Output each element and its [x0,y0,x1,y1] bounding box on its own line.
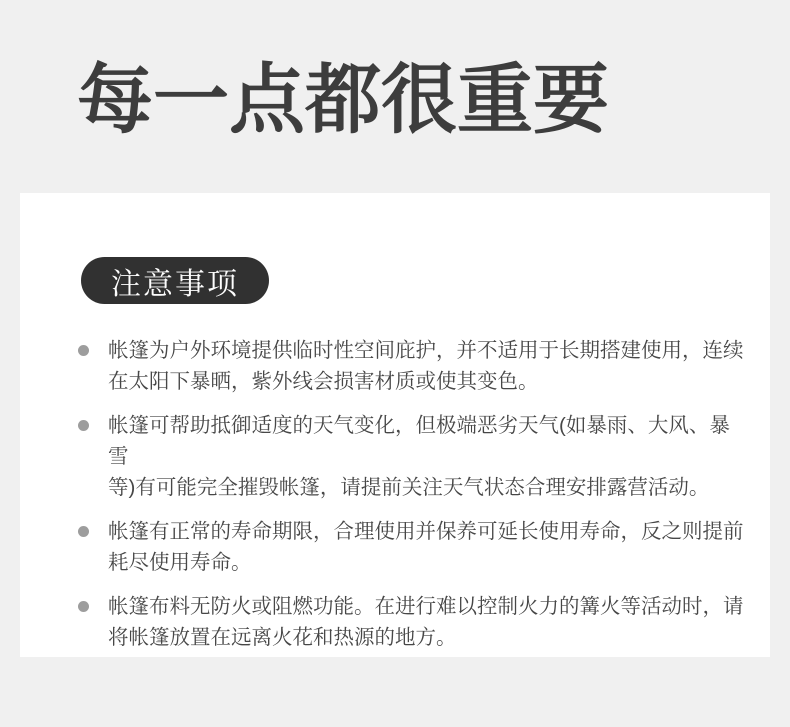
bullet-dot-icon [78,601,89,612]
page-title: 每一点都很重要 [77,63,609,139]
list-item-text: 帐篷为户外环境提供临时性空间庇护，并不适用于长期搭建使用，连续 在太阳下暴晒，紫… [108,335,744,397]
bullet-dot-icon [78,345,89,356]
list-item-text: 帐篷有正常的寿命期限，合理使用并保养可延长使用寿命，反之则提前 耗尽使用寿命。 [108,516,744,578]
bullet-dot-icon [78,526,89,537]
list-item-text: 帐篷布料无防火或阻燃功能。在进行难以控制火力的篝火等活动时，请 将帐篷放置在远离… [108,591,744,653]
notice-badge-label: 注意事项 [111,259,239,303]
page-background: 每一点都很重要 注意事项 帐篷为户外环境提供临时性空间庇护，并不适用于长期搭建使… [0,0,790,727]
list-item-text: 帐篷可帮助抵御适度的天气变化，但极端恶劣天气(如暴雨、大风、暴雪 等)有可能完全… [108,410,750,503]
list-item: 帐篷布料无防火或阻燃功能。在进行难以控制火力的篝火等活动时，请 将帐篷放置在远离… [78,591,750,653]
list-item: 帐篷为户外环境提供临时性空间庇护，并不适用于长期搭建使用，连续 在太阳下暴晒，紫… [78,335,750,397]
notice-list: 帐篷为户外环境提供临时性空间庇护，并不适用于长期搭建使用，连续 在太阳下暴晒，紫… [78,335,750,666]
bullet-dot-icon [78,420,89,431]
list-item: 帐篷可帮助抵御适度的天气变化，但极端恶劣天气(如暴雨、大风、暴雪 等)有可能完全… [78,410,750,503]
notice-badge: 注意事项 [81,257,269,304]
notice-card: 注意事项 帐篷为户外环境提供临时性空间庇护，并不适用于长期搭建使用，连续 在太阳… [20,193,770,657]
list-item: 帐篷有正常的寿命期限，合理使用并保养可延长使用寿命，反之则提前 耗尽使用寿命。 [78,516,750,578]
